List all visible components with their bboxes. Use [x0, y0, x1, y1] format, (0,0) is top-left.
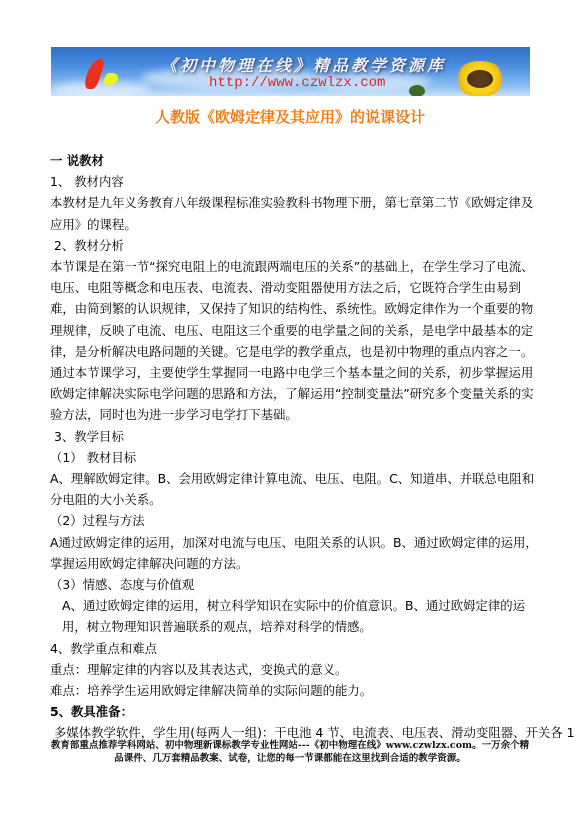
footer-line: 教育部重点推荐学科网站、初中物理新课标教学专业性网站---《初中物理在线》www…	[40, 739, 540, 752]
sunflower-image	[454, 57, 506, 96]
key-point: 重点：理解定律的内容以及其表达式，变换式的意义。	[50, 659, 540, 680]
paragraph: 本节课是在第一节“探究电阻上的电流跟两端电压的关系”的基础上，在学生学习了电流、…	[50, 256, 540, 362]
page-footer: 教育部重点推荐学科网站、初中物理新课标教学专业性网站---《初中物理在线》www…	[40, 739, 540, 765]
sub-subsection-heading: （3）情感、态度与价值观	[50, 574, 540, 595]
subsection-heading: 3、教学目标	[50, 426, 540, 447]
banner-url[interactable]: http://www.czwlzx.com	[209, 75, 385, 91]
leaf-decoration	[409, 85, 425, 96]
section-heading: 一 说教材	[50, 150, 540, 171]
sub-subsection-heading: （1） 教材目标	[50, 447, 540, 468]
site-banner[interactable]: 《初中物理在线》精品教学资源库 http://www.czwlzx.com	[51, 47, 530, 96]
document-title: 人教版《欧姆定律及其应用》的说课设计	[0, 106, 580, 127]
paragraph: 通过本节课学习，主要使学生掌握同一电路中电学三个基本量之间的关系，初步掌握运用欧…	[50, 362, 540, 426]
difficulty-point: 难点：培养学生运用欧姆定律解决简单的实际问题的能力。	[50, 680, 540, 701]
sunflower-disk	[467, 70, 493, 88]
paragraph: A通过欧姆定律的运用，加深对电流与电压、电阻关系的认识。B、通过欧姆定律的运用，…	[50, 532, 540, 574]
paragraph: 本教材是九年义务教育八年级课程标准实验教科书物理下册，第七章第二节《欧姆定律及应…	[50, 192, 540, 234]
banner-title: 《初中物理在线》精品教学资源库	[161, 53, 446, 76]
document-body: 一 说教材 1、 教材内容 本教材是九年义务教育八年级课程标准实验教科书物理下册…	[50, 150, 540, 744]
paragraph: A、理解欧姆定律。B、会用欧姆定律计算电流、电压、电阻。C、知道串、并联总电阻和…	[50, 468, 540, 510]
subsection-heading: 5、教具准备：	[50, 701, 540, 722]
sub-subsection-heading: （2）过程与方法	[50, 510, 540, 531]
subsection-heading: 1、 教材内容	[50, 171, 540, 192]
subsection-heading: 2、教材分析	[50, 235, 540, 256]
footer-line: 品课件、几万套精品教案、试卷，让您的每一节课都能在这里找到合适的教学资源。	[40, 752, 540, 765]
cloud-decoration	[51, 81, 151, 96]
paragraph: A、通过欧姆定律的运用，树立科学知识在实际中的价值意识。B、通过欧姆定律的运用，…	[50, 595, 540, 637]
subsection-heading: 4、教学重点和难点	[50, 638, 540, 659]
